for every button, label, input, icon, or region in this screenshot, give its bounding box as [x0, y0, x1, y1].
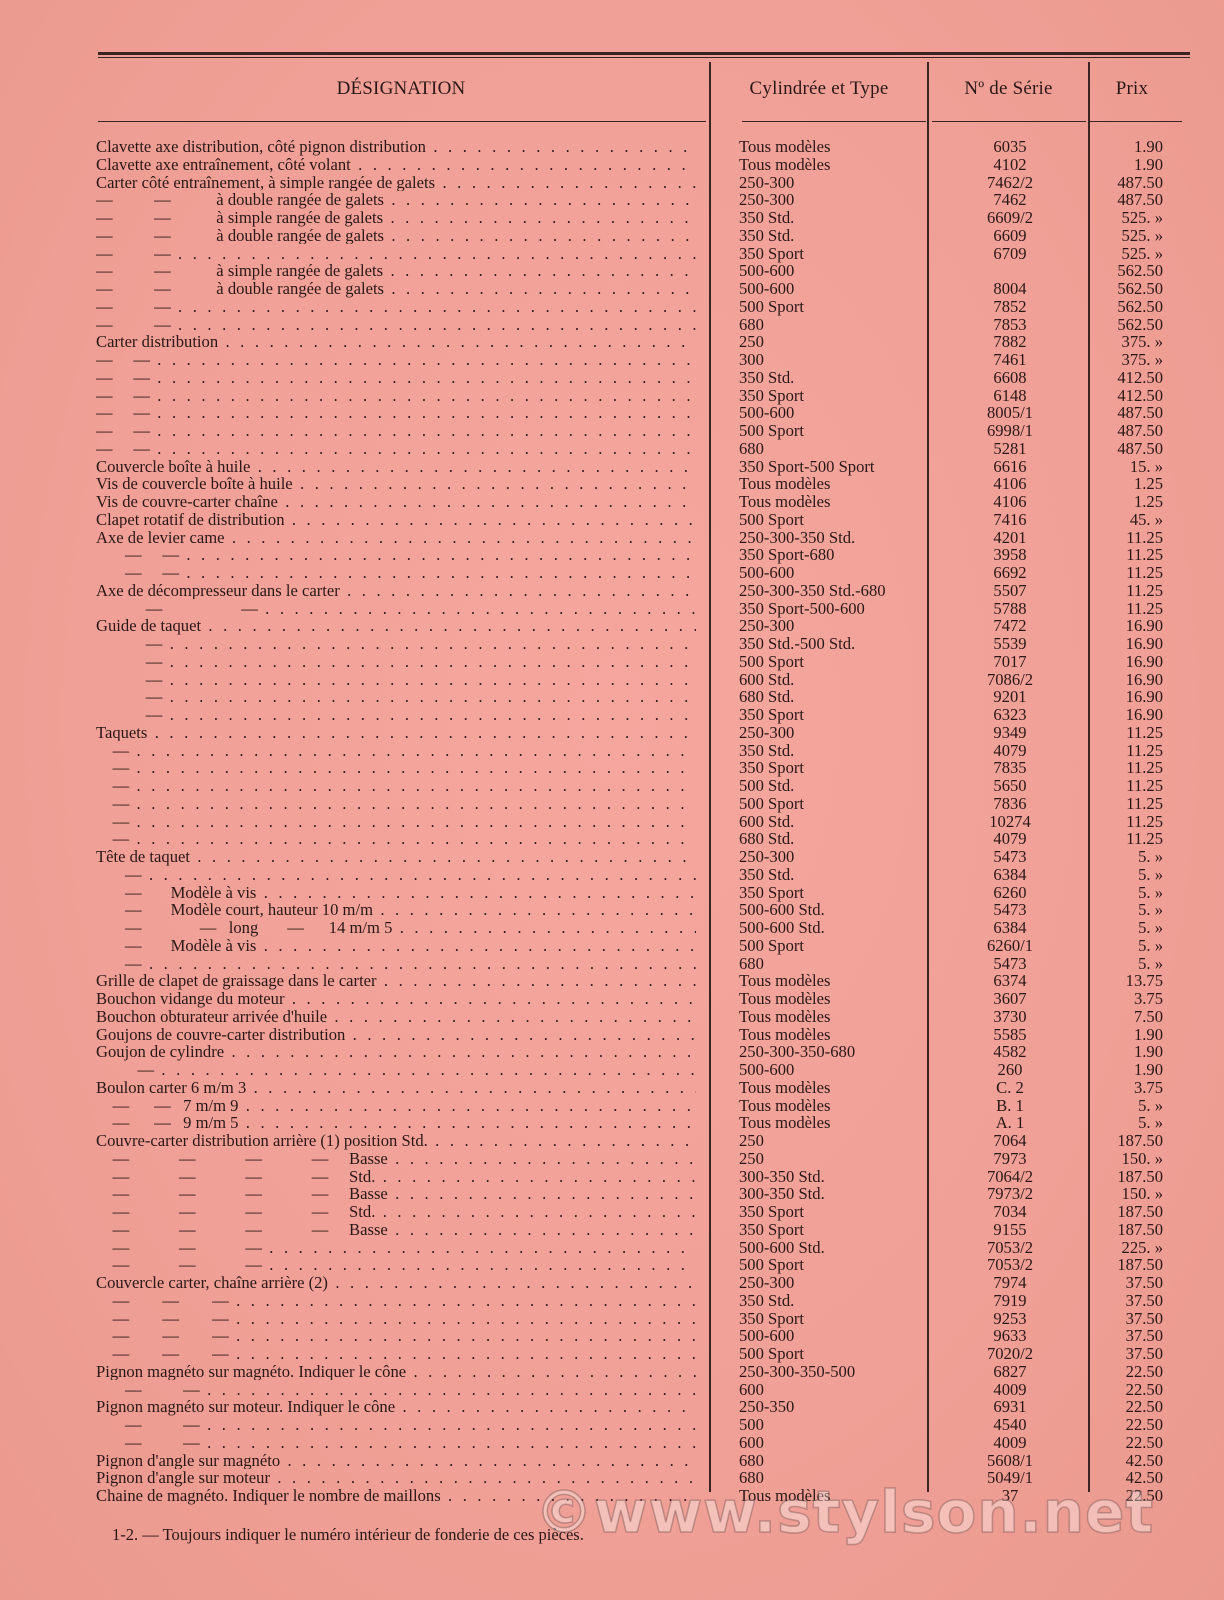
row-designation: — — à simple rangée de galets . . . . . …	[96, 209, 696, 227]
row-designation: — . . . . . . . . . . . . . . . . . . . …	[96, 635, 696, 653]
row-designation: — — — — Basse . . . . . . . . . . . . . …	[96, 1185, 696, 1203]
row-prix: 11.25	[1085, 795, 1163, 813]
row-designation: — — — — Basse . . . . . . . . . . . . . …	[96, 1150, 696, 1168]
row-cylindree-type: 350 Std.	[739, 369, 929, 387]
row-designation: Goujons de couvre-carter distribution . …	[96, 1026, 696, 1044]
designation-text: Couvercle carter, chaîne arrière (2)	[96, 1274, 328, 1292]
dot-leader: . . . . . . . . . . . . . . . . . . . . …	[250, 458, 696, 476]
dot-leader: . . . . . . . . . . . . . . . . . . . . …	[162, 671, 696, 689]
row-designation: Couvercle carter, chaîne arrière (2) . .…	[96, 1274, 696, 1292]
row-designation: — — — . . . . . . . . . . . . . . . . . …	[96, 1310, 696, 1328]
row-serie: 7462/2	[935, 174, 1085, 192]
row-designation: — — — — Std. . . . . . . . . . . . . . .…	[96, 1168, 696, 1186]
table-row: — — — . . . . . . . . . . . . . . . . . …	[0, 1292, 1224, 1310]
dot-leader: . . . . . . . . . . . . . . . . . . . . …	[238, 1114, 696, 1132]
row-serie: 6384	[935, 919, 1085, 937]
dot-leader: . . . . . . . . . . . . . . . . . . . . …	[280, 1452, 696, 1470]
row-prix: 1.90	[1085, 1043, 1163, 1061]
designation-text: — —	[96, 422, 150, 440]
table-row: — . . . . . . . . . . . . . . . . . . . …	[0, 706, 1224, 724]
dot-leader: . . . . . . . . . . . . . . . . . . . . …	[256, 937, 696, 955]
row-prix: 150. »	[1085, 1150, 1163, 1168]
row-designation: Clavette axe distribution, côté pignon d…	[96, 138, 696, 156]
dot-leader: . . . . . . . . . . . . . . . . . . . . …	[293, 475, 696, 493]
dot-leader: . . . . . . . . . . . . . . . . . . . . …	[395, 1398, 696, 1416]
row-designation: Taquets . . . . . . . . . . . . . . . . …	[96, 724, 696, 742]
dot-leader: . . . . . . . . . . . . . . . . . . . . …	[388, 1150, 696, 1168]
table-row: — . . . . . . . . . . . . . . . . . . . …	[0, 955, 1224, 973]
row-serie: 5473	[935, 848, 1085, 866]
table-row: — . . . . . . . . . . . . . . . . . . . …	[0, 866, 1224, 884]
designation-text: —	[96, 671, 162, 689]
row-designation: — — — . . . . . . . . . . . . . . . . . …	[96, 1345, 696, 1363]
designation-text: — — long — 14 m/m 5	[96, 919, 392, 937]
designation-text: — Modèle à vis	[96, 884, 256, 902]
dot-leader: . . . . . . . . . . . . . . . . . . . . …	[428, 1132, 696, 1150]
dot-leader: . . . . . . . . . . . . . . . . . . . . …	[200, 1381, 696, 1399]
row-cylindree-type: 350 Sport-680	[739, 546, 929, 564]
row-prix: 22.50	[1085, 1363, 1163, 1381]
row-serie: 3607	[935, 990, 1085, 1008]
row-serie: 7919	[935, 1292, 1085, 1310]
designation-text: Axe de levier came	[96, 529, 225, 547]
row-cylindree-type: 350 Std.	[739, 742, 929, 760]
row-cylindree-type: Tous modèles	[739, 1026, 929, 1044]
row-prix: 16.90	[1085, 635, 1163, 653]
row-designation: — — . . . . . . . . . . . . . . . . . . …	[96, 1416, 696, 1434]
row-cylindree-type: 680 Std.	[739, 688, 929, 706]
designation-text: — — —	[96, 1327, 229, 1345]
designation-text: Boulon carter 6 m/m 3	[96, 1079, 246, 1097]
designation-text: Grille de clapet de graissage dans le ca…	[96, 972, 377, 990]
row-serie: 7852	[935, 298, 1085, 316]
row-prix: 412.50	[1085, 369, 1163, 387]
table-row: Tête de taquet . . . . . . . . . . . . .…	[0, 848, 1224, 866]
row-designation: — — . . . . . . . . . . . . . . . . . . …	[96, 546, 696, 564]
row-prix: 3.75	[1085, 990, 1163, 1008]
designation-text: — — —	[96, 1256, 262, 1274]
table-row: Bouchon vidange du moteur . . . . . . . …	[0, 990, 1224, 1008]
row-serie: 5539	[935, 635, 1085, 653]
row-serie: 4079	[935, 742, 1085, 760]
row-prix: 187.50	[1085, 1203, 1163, 1221]
row-prix: 5. »	[1085, 1097, 1163, 1115]
row-prix: 412.50	[1085, 387, 1163, 405]
row-prix: 5. »	[1085, 1114, 1163, 1132]
row-designation: — . . . . . . . . . . . . . . . . . . . …	[96, 1061, 696, 1079]
dot-leader: . . . . . . . . . . . . . . . . . . . . …	[200, 1416, 696, 1434]
row-prix: 11.25	[1085, 582, 1163, 600]
row-prix: 525. »	[1085, 209, 1163, 227]
row-cylindree-type: 350 Sport	[739, 245, 929, 263]
designation-text: Clavette axe entraînement, côté volant	[96, 156, 351, 174]
designation-text: — —	[96, 245, 171, 263]
dot-leader: . . . . . . . . . . . . . . . . . . . . …	[129, 777, 696, 795]
row-serie: 9155	[935, 1221, 1085, 1239]
dot-leader: . . . . . . . . . . . . . . . . . . . . …	[327, 1008, 696, 1026]
dot-leader: . . . . . . . . . . . . . . . . . . . . …	[190, 848, 696, 866]
row-cylindree-type: Tous modèles	[739, 156, 929, 174]
table-row: — . . . . . . . . . . . . . . . . . . . …	[0, 777, 1224, 795]
designation-text: —	[96, 653, 162, 671]
row-serie: 4106	[935, 475, 1085, 493]
dot-leader: . . . . . . . . . . . . . . . . . . . . …	[129, 830, 696, 848]
table-row: — Modèle court, hauteur 10 m/m . . . . .…	[0, 901, 1224, 919]
row-prix: 16.90	[1085, 688, 1163, 706]
row-serie: 3730	[935, 1008, 1085, 1026]
row-cylindree-type: 680	[739, 316, 929, 334]
designation-text: — — à simple rangée de galets	[96, 209, 383, 227]
row-cylindree-type: 350 Sport	[739, 1221, 929, 1239]
row-cylindree-type: 250-350	[739, 1398, 929, 1416]
designation-text: Couvre-carter distribution arrière (1) p…	[96, 1132, 428, 1150]
table-row: — — — — Basse . . . . . . . . . . . . . …	[0, 1150, 1224, 1168]
row-serie: 4079	[935, 830, 1085, 848]
row-designation: Vis de couvre-carter chaîne . . . . . . …	[96, 493, 696, 511]
row-designation: — Modèle à vis . . . . . . . . . . . . .…	[96, 884, 696, 902]
designation-text: — — — — Std.	[96, 1168, 375, 1186]
dot-leader: . . . . . . . . . . . . . . . . . . . . …	[383, 209, 696, 227]
dot-leader: . . . . . . . . . . . . . . . . . . . . …	[129, 759, 696, 777]
header-rule	[1090, 121, 1182, 122]
designation-text: — — — — Basse	[96, 1185, 388, 1203]
table-row: Pignon magnéto sur moteur. Indiquer le c…	[0, 1398, 1224, 1416]
table-row: Couvercle boîte à huile . . . . . . . . …	[0, 458, 1224, 476]
row-prix: 5. »	[1085, 884, 1163, 902]
row-designation: — — à double rangée de galets . . . . . …	[96, 191, 696, 209]
row-cylindree-type: 500 Sport	[739, 1256, 929, 1274]
row-cylindree-type: 680	[739, 955, 929, 973]
row-cylindree-type: 500-600	[739, 1061, 929, 1079]
row-cylindree-type: 250-300-350 Std.-680	[739, 582, 929, 600]
row-serie: 7472	[935, 617, 1085, 635]
designation-text: —	[96, 795, 129, 813]
row-prix: 13.75	[1085, 972, 1163, 990]
row-serie: 6148	[935, 387, 1085, 405]
row-cylindree-type: Tous modèles	[739, 1079, 929, 1097]
dot-leader: . . . . . . . . . . . . . . . . . . . . …	[383, 262, 696, 280]
row-prix: 375. »	[1085, 333, 1163, 351]
designation-text: —	[96, 742, 129, 760]
dot-leader: . . . . . . . . . . . . . . . . . . . . …	[328, 1274, 696, 1292]
row-cylindree-type: Tous modèles	[739, 1008, 929, 1026]
row-designation: Boulon carter 6 m/m 3 . . . . . . . . . …	[96, 1079, 696, 1097]
row-prix: 15. »	[1085, 458, 1163, 476]
row-cylindree-type: 250-300	[739, 848, 929, 866]
row-cylindree-type: 300	[739, 351, 929, 369]
row-cylindree-type: 350 Sport	[739, 706, 929, 724]
row-prix: 487.50	[1085, 422, 1163, 440]
table-row: — — . . . . . . . . . . . . . . . . . . …	[0, 1381, 1224, 1399]
dot-leader: . . . . . . . . . . . . . . . . . . . . …	[388, 1185, 696, 1203]
row-serie: 6609/2	[935, 209, 1085, 227]
row-designation: — — . . . . . . . . . . . . . . . . . . …	[96, 564, 696, 582]
row-cylindree-type: Tous modèles	[739, 493, 929, 511]
row-prix: 487.50	[1085, 404, 1163, 422]
row-cylindree-type: Tous modèles	[739, 990, 929, 1008]
row-serie: 6709	[935, 245, 1085, 263]
row-cylindree-type: 350 Std.-500 Std.	[739, 635, 929, 653]
row-prix: 11.25	[1085, 546, 1163, 564]
dot-leader: . . . . . . . . . . . . . . . . . . . . …	[171, 316, 696, 334]
row-serie: 6931	[935, 1398, 1085, 1416]
row-serie: 7034	[935, 1203, 1085, 1221]
row-designation: — — à double rangée de galets . . . . . …	[96, 227, 696, 245]
table-row: — . . . . . . . . . . . . . . . . . . . …	[0, 795, 1224, 813]
designation-text: Goujons de couvre-carter distribution	[96, 1026, 345, 1044]
table-row: Couvre-carter distribution arrière (1) p…	[0, 1132, 1224, 1150]
row-cylindree-type: 500-600	[739, 564, 929, 582]
row-designation: Guide de taquet . . . . . . . . . . . . …	[96, 617, 696, 635]
row-designation: Pignon d'angle sur magnéto . . . . . . .…	[96, 1452, 696, 1470]
row-serie: 7973/2	[935, 1185, 1085, 1203]
row-prix: 22.50	[1085, 1398, 1163, 1416]
dot-leader: . . . . . . . . . . . . . . . . . . . . …	[384, 191, 696, 209]
row-designation: — — . . . . . . . . . . . . . . . . . . …	[96, 369, 696, 387]
row-serie: 8005/1	[935, 404, 1085, 422]
table-row: Carter côté entraînement, à simple rangé…	[0, 174, 1224, 192]
row-serie: 7461	[935, 351, 1085, 369]
row-serie: 9253	[935, 1310, 1085, 1328]
dot-leader: . . . . . . . . . . . . . . . . . . . . …	[375, 1203, 696, 1221]
row-prix: 187.50	[1085, 1256, 1163, 1274]
row-designation: — . . . . . . . . . . . . . . . . . . . …	[96, 742, 696, 760]
row-designation: — — . . . . . . . . . . . . . . . . . . …	[96, 351, 696, 369]
row-serie: 7053/2	[935, 1239, 1085, 1257]
dot-leader: . . . . . . . . . . . . . . . . . . . . …	[377, 972, 696, 990]
row-designation: — — . . . . . . . . . . . . . . . . . . …	[96, 1381, 696, 1399]
table-row: — — . . . . . . . . . . . . . . . . . . …	[0, 298, 1224, 316]
table-row: — . . . . . . . . . . . . . . . . . . . …	[0, 742, 1224, 760]
table-row: — . . . . . . . . . . . . . . . . . . . …	[0, 688, 1224, 706]
row-serie: 6035	[935, 138, 1085, 156]
row-cylindree-type: 500 Sport	[739, 653, 929, 671]
row-prix: 187.50	[1085, 1221, 1163, 1239]
row-prix: 1.90	[1085, 138, 1163, 156]
dot-leader: . . . . . . . . . . . . . . . . . . . . …	[129, 813, 696, 831]
row-cylindree-type: 250	[739, 333, 929, 351]
row-cylindree-type: 250	[739, 1150, 929, 1168]
row-serie: 7462	[935, 191, 1085, 209]
dot-leader: . . . . . . . . . . . . . . . . . . . . …	[406, 1363, 696, 1381]
designation-text: — —	[96, 404, 150, 422]
designation-text: Bouchon vidange du moteur	[96, 990, 285, 1008]
dot-leader: . . . . . . . . . . . . . . . . . . . . …	[392, 919, 696, 937]
designation-text: Carter distribution	[96, 333, 218, 351]
designation-text: — — 7 m/m 9	[96, 1097, 238, 1115]
designation-text: — — —	[96, 1345, 229, 1363]
row-cylindree-type: 350 Sport-500-600	[739, 600, 929, 618]
row-prix: 150. »	[1085, 1185, 1163, 1203]
table-row: — — — . . . . . . . . . . . . . . . . . …	[0, 1256, 1224, 1274]
table-row: — — — — Basse . . . . . . . . . . . . . …	[0, 1185, 1224, 1203]
row-cylindree-type: Tous modèles	[739, 475, 929, 493]
designation-text: — — à simple rangée de galets	[96, 262, 383, 280]
dot-leader: . . . . . . . . . . . . . . . . . . . . …	[150, 422, 696, 440]
designation-text: Vis de couvre-carter chaîne	[96, 493, 278, 511]
designation-text: Bouchon obturateur arrivée d'huile	[96, 1008, 327, 1026]
table-row: Axe de décompresseur dans le carter . . …	[0, 582, 1224, 600]
table-row: — — 7 m/m 9 . . . . . . . . . . . . . . …	[0, 1097, 1224, 1115]
dot-leader: . . . . . . . . . . . . . . . . . . . . …	[375, 1168, 696, 1186]
header-prix: Prix	[1091, 78, 1173, 100]
row-designation: — — long — 14 m/m 5 . . . . . . . . . . …	[96, 919, 696, 937]
row-serie: 5608/1	[935, 1452, 1085, 1470]
designation-text: Pignon d'angle sur moteur	[96, 1469, 270, 1487]
dot-leader: . . . . . . . . . . . . . . . . . . . . …	[150, 351, 696, 369]
table-row: — . . . . . . . . . . . . . . . . . . . …	[0, 830, 1224, 848]
dot-leader: . . . . . . . . . . . . . . . . . . . . …	[218, 333, 696, 351]
dot-leader: . . . . . . . . . . . . . . . . . . . . …	[142, 866, 696, 884]
row-cylindree-type: 250-300	[739, 617, 929, 635]
row-designation: — — — . . . . . . . . . . . . . . . . . …	[96, 1256, 696, 1274]
row-prix: 562.50	[1085, 316, 1163, 334]
dot-leader: . . . . . . . . . . . . . . . . . . . . …	[229, 1345, 696, 1363]
row-prix: 375. »	[1085, 351, 1163, 369]
row-designation: — — . . . . . . . . . . . . . . . . . . …	[96, 440, 696, 458]
row-serie: 7835	[935, 759, 1085, 777]
row-prix: 187.50	[1085, 1132, 1163, 1150]
row-cylindree-type: 350 Std.	[739, 866, 929, 884]
table-row: — — . . . . . . . . . . . . . . . . . . …	[0, 546, 1224, 564]
row-serie: 5650	[935, 777, 1085, 795]
row-cylindree-type: 500 Sport	[739, 937, 929, 955]
dot-leader: . . . . . . . . . . . . . . . . . . . . …	[150, 369, 696, 387]
row-serie: 7973	[935, 1150, 1085, 1168]
dot-leader: . . . . . . . . . . . . . . . . . . . . …	[225, 529, 696, 547]
dot-leader: . . . . . . . . . . . . . . . . . . . . …	[200, 1434, 696, 1452]
dot-leader: . . . . . . . . . . . . . . . . . . . . …	[142, 955, 696, 973]
designation-text: — —	[96, 351, 150, 369]
row-cylindree-type: 500	[739, 1416, 929, 1434]
row-cylindree-type: 300-350 Std.	[739, 1185, 929, 1203]
table-row: Vis de couvre-carter chaîne . . . . . . …	[0, 493, 1224, 511]
row-prix: 1.90	[1085, 1061, 1163, 1079]
header-designation: DÉSIGNATION	[96, 78, 706, 100]
table-row: Goujons de couvre-carter distribution . …	[0, 1026, 1224, 1044]
row-serie: B. 1	[935, 1097, 1085, 1115]
row-designation: — — à double rangée de galets . . . . . …	[96, 280, 696, 298]
row-prix: 225. »	[1085, 1239, 1163, 1257]
dot-leader: . . . . . . . . . . . . . . . . . . . . …	[229, 1327, 696, 1345]
row-designation: Clapet rotatif de distribution . . . . .…	[96, 511, 696, 529]
table-row: — — . . . . . . . . . . . . . . . . . . …	[0, 600, 1224, 618]
row-cylindree-type: 250-300-350-680	[739, 1043, 929, 1061]
row-serie: 6998/1	[935, 422, 1085, 440]
dot-leader: . . . . . . . . . . . . . . . . . . . . …	[201, 617, 696, 635]
row-prix: 11.25	[1085, 724, 1163, 742]
row-designation: Carter côté entraînement, à simple rangé…	[96, 174, 696, 192]
dot-leader: . . . . . . . . . . . . . . . . . . . . …	[388, 1221, 696, 1239]
row-serie: 5473	[935, 901, 1085, 919]
designation-text: Taquets	[96, 724, 147, 742]
row-prix: 42.50	[1085, 1452, 1163, 1470]
row-serie: 4582	[935, 1043, 1085, 1061]
top-rule	[98, 52, 1190, 55]
designation-text: Pignon d'angle sur magnéto	[96, 1452, 280, 1470]
row-prix: 16.90	[1085, 653, 1163, 671]
row-designation: — . . . . . . . . . . . . . . . . . . . …	[96, 813, 696, 831]
dot-leader: . . . . . . . . . . . . . . . . . . . . …	[129, 795, 696, 813]
table-row: Goujon de cylindre . . . . . . . . . . .…	[0, 1043, 1224, 1061]
row-cylindree-type: 350 Sport	[739, 387, 929, 405]
row-cylindree-type: 250-300	[739, 174, 929, 192]
designation-text: — — — — Basse	[96, 1221, 388, 1239]
row-prix: 7.50	[1085, 1008, 1163, 1026]
row-cylindree-type: 250-300	[739, 191, 929, 209]
row-designation: — — — . . . . . . . . . . . . . . . . . …	[96, 1239, 696, 1257]
table-row: — — . . . . . . . . . . . . . . . . . . …	[0, 351, 1224, 369]
row-prix: 11.25	[1085, 777, 1163, 795]
row-prix: 5. »	[1085, 848, 1163, 866]
dot-leader: . . . . . . . . . . . . . . . . . . . . …	[150, 387, 696, 405]
designation-text: — Modèle court, hauteur 10 m/m	[96, 901, 373, 919]
designation-text: Couvercle boîte à huile	[96, 458, 250, 476]
row-designation: — . . . . . . . . . . . . . . . . . . . …	[96, 653, 696, 671]
row-serie: 5788	[935, 600, 1085, 618]
dot-leader: . . . . . . . . . . . . . . . . . . . . …	[384, 280, 696, 298]
row-prix: 11.25	[1085, 600, 1163, 618]
designation-text: — — à double rangée de galets	[96, 280, 384, 298]
dot-leader: . . . . . . . . . . . . . . . . . . . . …	[340, 582, 696, 600]
row-designation: Goujon de cylindre . . . . . . . . . . .…	[96, 1043, 696, 1061]
header-cylindree-type: Cylindrée et Type	[712, 78, 926, 100]
row-prix: 525. »	[1085, 227, 1163, 245]
dot-leader: . . . . . . . . . . . . . . . . . . . . …	[150, 440, 696, 458]
row-serie: 9349	[935, 724, 1085, 742]
row-serie: 6827	[935, 1363, 1085, 1381]
table-row: Clavette axe entraînement, côté volant .…	[0, 156, 1224, 174]
dot-leader: . . . . . . . . . . . . . . . . . . . . …	[154, 1061, 696, 1079]
dot-leader: . . . . . . . . . . . . . . . . . . . . …	[229, 1292, 696, 1310]
row-serie: 4540	[935, 1416, 1085, 1434]
row-cylindree-type: 350 Sport	[739, 759, 929, 777]
row-prix: 37.50	[1085, 1345, 1163, 1363]
dot-leader: . . . . . . . . . . . . . . . . . . . . …	[246, 1079, 696, 1097]
table-row: Guide de taquet . . . . . . . . . . . . …	[0, 617, 1224, 635]
dot-leader: . . . . . . . . . . . . . . . . . . . . …	[150, 404, 696, 422]
row-designation: — — à simple rangée de galets . . . . . …	[96, 262, 696, 280]
table-row: — Modèle à vis . . . . . . . . . . . . .…	[0, 937, 1224, 955]
row-serie: 7017	[935, 653, 1085, 671]
table-row: — — . . . . . . . . . . . . . . . . . . …	[0, 1416, 1224, 1434]
table-row: — — . . . . . . . . . . . . . . . . . . …	[0, 369, 1224, 387]
row-designation: Bouchon vidange du moteur . . . . . . . …	[96, 990, 696, 1008]
designation-text: — —	[96, 1434, 200, 1452]
row-prix: 22.50	[1085, 1434, 1163, 1452]
table-row: — — — . . . . . . . . . . . . . . . . . …	[0, 1327, 1224, 1345]
row-prix: 11.25	[1085, 830, 1163, 848]
row-cylindree-type: 500 Std.	[739, 777, 929, 795]
table-row: Pignon magnéto sur magnéto. Indiquer le …	[0, 1363, 1224, 1381]
row-serie: 5281	[935, 440, 1085, 458]
row-serie: 7064/2	[935, 1168, 1085, 1186]
row-prix: 16.90	[1085, 617, 1163, 635]
dot-leader: . . . . . . . . . . . . . . . . . . . . …	[162, 688, 696, 706]
designation-text: Carter côté entraînement, à simple rangé…	[96, 174, 435, 192]
row-cylindree-type: 500 Sport	[739, 795, 929, 813]
designation-text: —	[96, 635, 162, 653]
row-designation: Grille de clapet de graissage dans le ca…	[96, 972, 696, 990]
row-serie: 6609	[935, 227, 1085, 245]
dot-leader: . . . . . . . . . . . . . . . . . . . . …	[258, 600, 696, 618]
designation-text: —	[96, 813, 129, 831]
row-prix: 16.90	[1085, 671, 1163, 689]
table-row: — — . . . . . . . . . . . . . . . . . . …	[0, 564, 1224, 582]
row-serie: 6374	[935, 972, 1085, 990]
row-prix: 3.75	[1085, 1079, 1163, 1097]
table-row: — — à simple rangée de galets . . . . . …	[0, 209, 1224, 227]
